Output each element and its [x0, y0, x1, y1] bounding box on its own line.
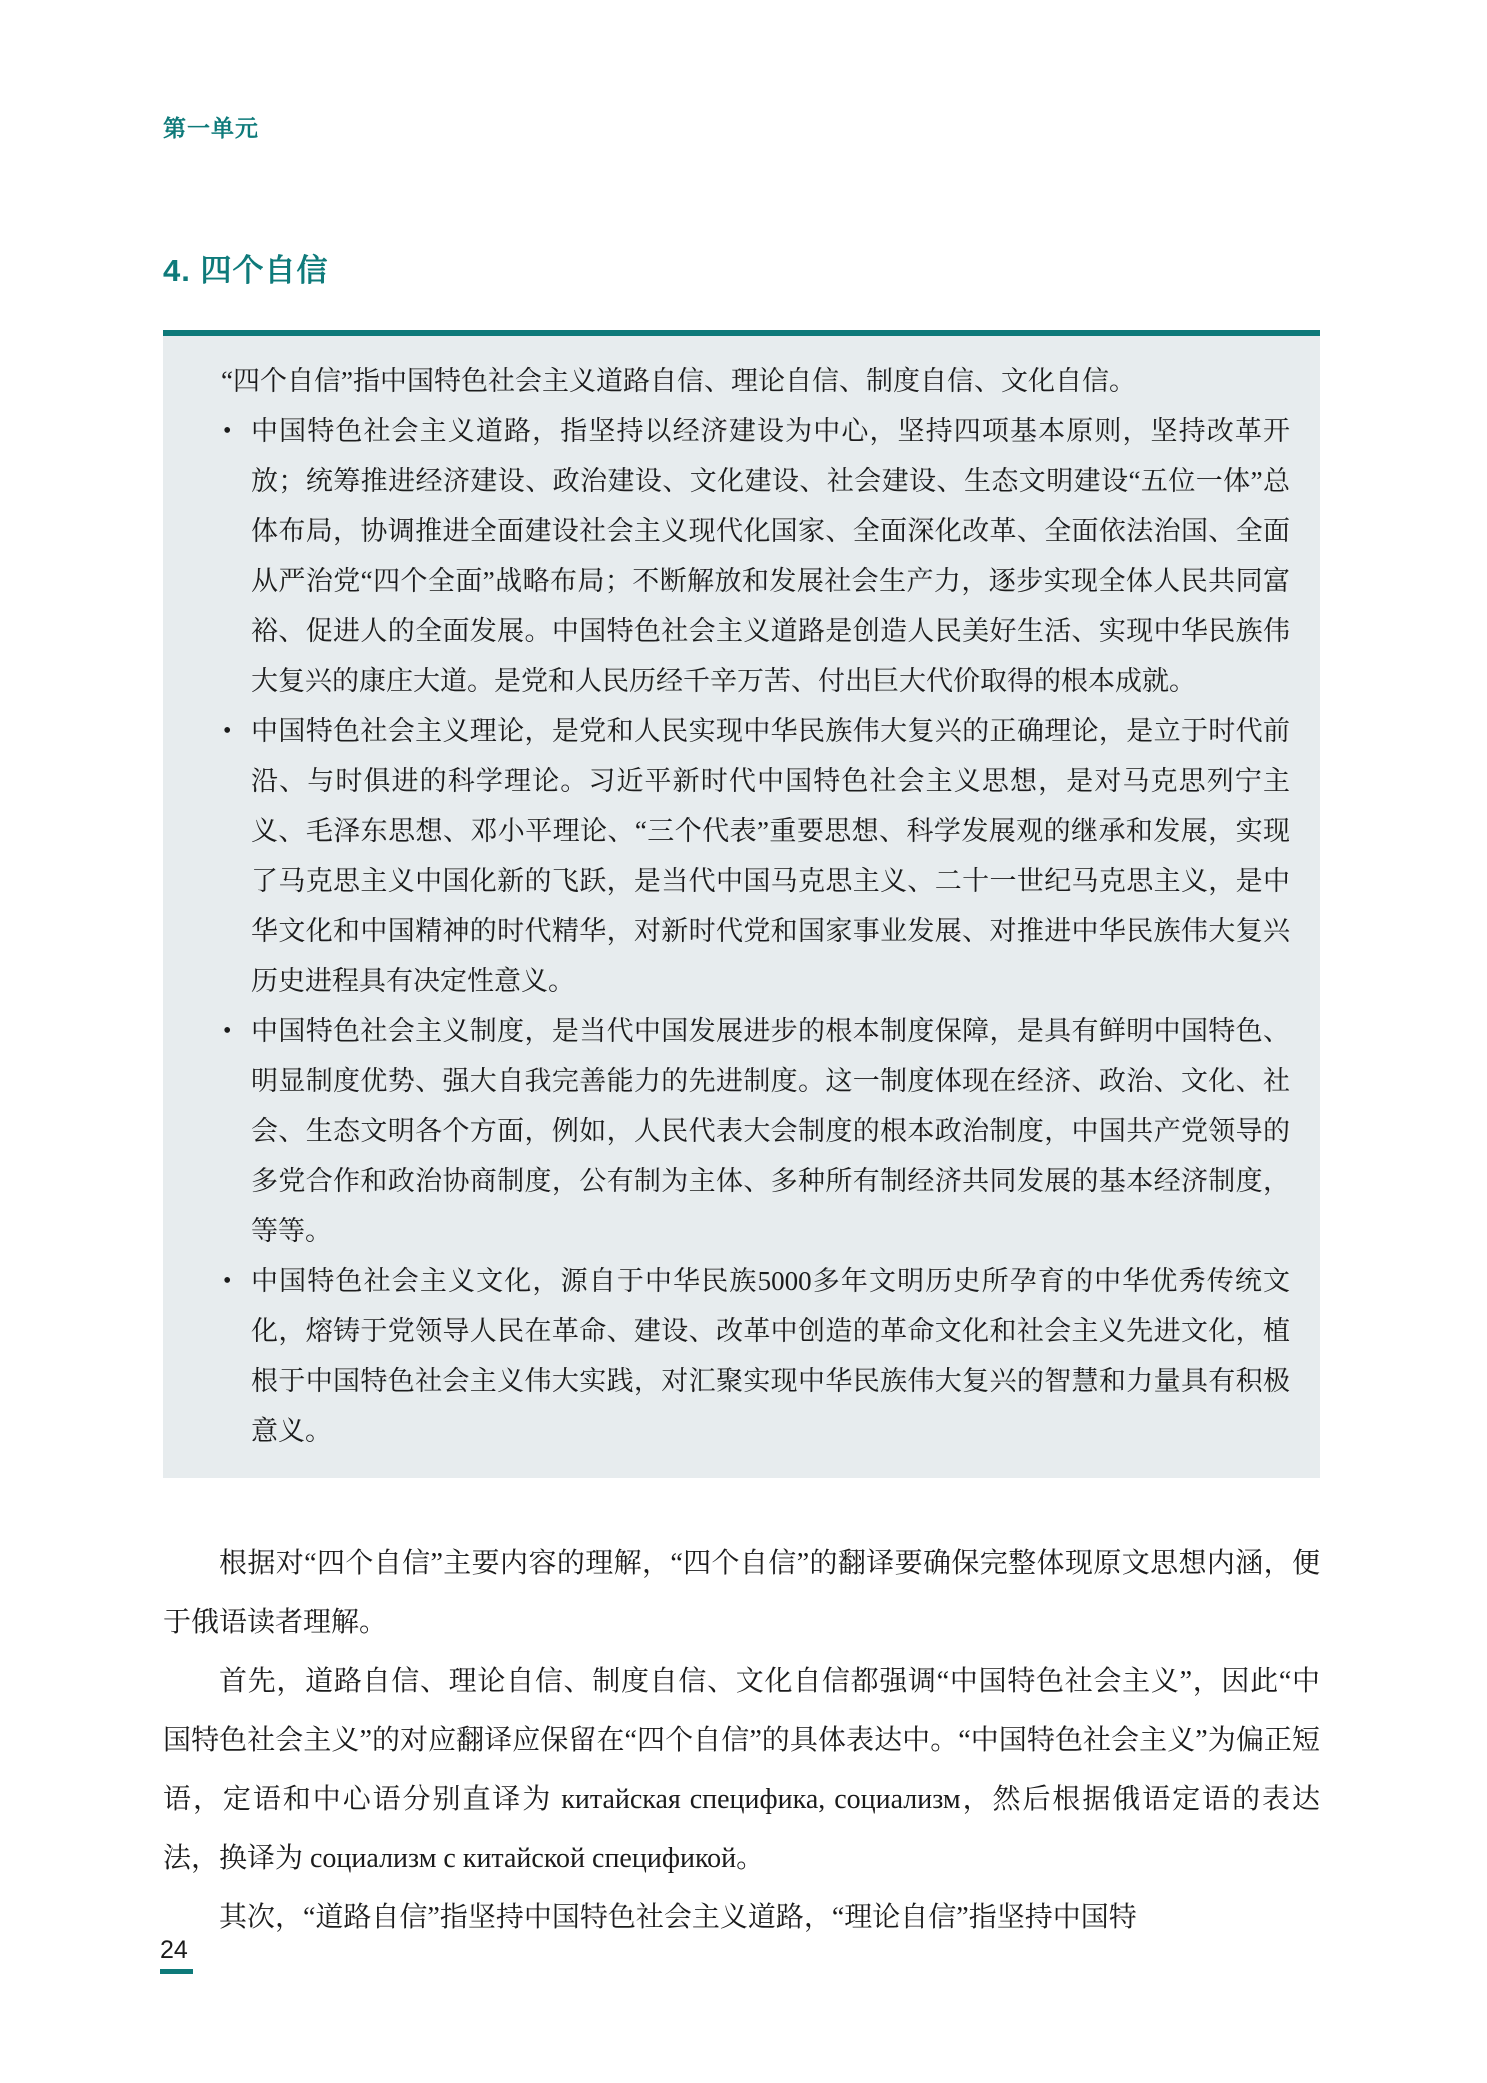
body-paragraph: 首先，道路自信、理论自信、制度自信、文化自信都强调“中国特色社会主义”，因此“中… [163, 1652, 1320, 1888]
body-paragraph: 根据对“四个自信”主要内容的理解，“四个自信”的翻译要确保完整体现原文思想内涵，… [163, 1534, 1320, 1652]
bullet-dot-icon: • [223, 1256, 231, 1306]
bullet-dot-icon: • [223, 406, 231, 456]
bullet-item-text: 中国特色社会主义理论，是党和人民实现中华民族伟大复兴的正确理论，是立于时代前沿、… [251, 716, 1290, 996]
section-title: 4. 四个自信 [163, 245, 1320, 290]
definition-info-box: “四个自信”指中国特色社会主义道路自信、理论自信、制度自信、文化自信。 • 中国… [163, 336, 1320, 1478]
bullet-item-road: • 中国特色社会主义道路，指坚持以经济建设为中心，坚持四项基本原则，坚持改革开放… [221, 406, 1290, 706]
textbook-page: 第一单元 4. 四个自信 “四个自信”指中国特色社会主义道路自信、理论自信、制度… [0, 0, 1487, 2083]
bullet-item-text: 中国特色社会主义道路，指坚持以经济建设为中心，坚持四项基本原则，坚持改革开放；统… [251, 416, 1290, 696]
page-content-column: 第一单元 4. 四个自信 “四个自信”指中国特色社会主义道路自信、理论自信、制度… [163, 0, 1320, 1947]
bullet-item-text: 中国特色社会主义文化，源自于中华民族5000多年文明历史所孕育的中华优秀传统文化… [251, 1266, 1290, 1446]
body-paragraph: 其次，“道路自信”指坚持中国特色社会主义道路，“理论自信”指坚持中国特 [163, 1888, 1320, 1947]
bullet-item-theory: • 中国特色社会主义理论，是党和人民实现中华民族伟大复兴的正确理论，是立于时代前… [221, 706, 1290, 1006]
page-number: 24 [160, 1936, 193, 1965]
unit-header: 第一单元 [163, 110, 1320, 143]
bullet-item-text: 中国特色社会主义制度，是当代中国发展进步的根本制度保障，是具有鲜明中国特色、明显… [251, 1016, 1290, 1246]
info-box-bullet-list: • 中国特色社会主义道路，指坚持以经济建设为中心，坚持四项基本原则，坚持改革开放… [221, 406, 1290, 1456]
page-number-underline [160, 1969, 193, 1974]
bullet-item-system: • 中国特色社会主义制度，是当代中国发展进步的根本制度保障，是具有鲜明中国特色、… [221, 1006, 1290, 1256]
bullet-item-culture: • 中国特色社会主义文化，源自于中华民族5000多年文明历史所孕育的中华优秀传统… [221, 1256, 1290, 1456]
bullet-dot-icon: • [223, 706, 231, 756]
page-footer: 24 [160, 1936, 193, 1974]
info-box-intro: “四个自信”指中国特色社会主义道路自信、理论自信、制度自信、文化自信。 [221, 356, 1290, 406]
bullet-dot-icon: • [223, 1006, 231, 1056]
body-text-section: 根据对“四个自信”主要内容的理解，“四个自信”的翻译要确保完整体现原文思想内涵，… [163, 1534, 1320, 1947]
